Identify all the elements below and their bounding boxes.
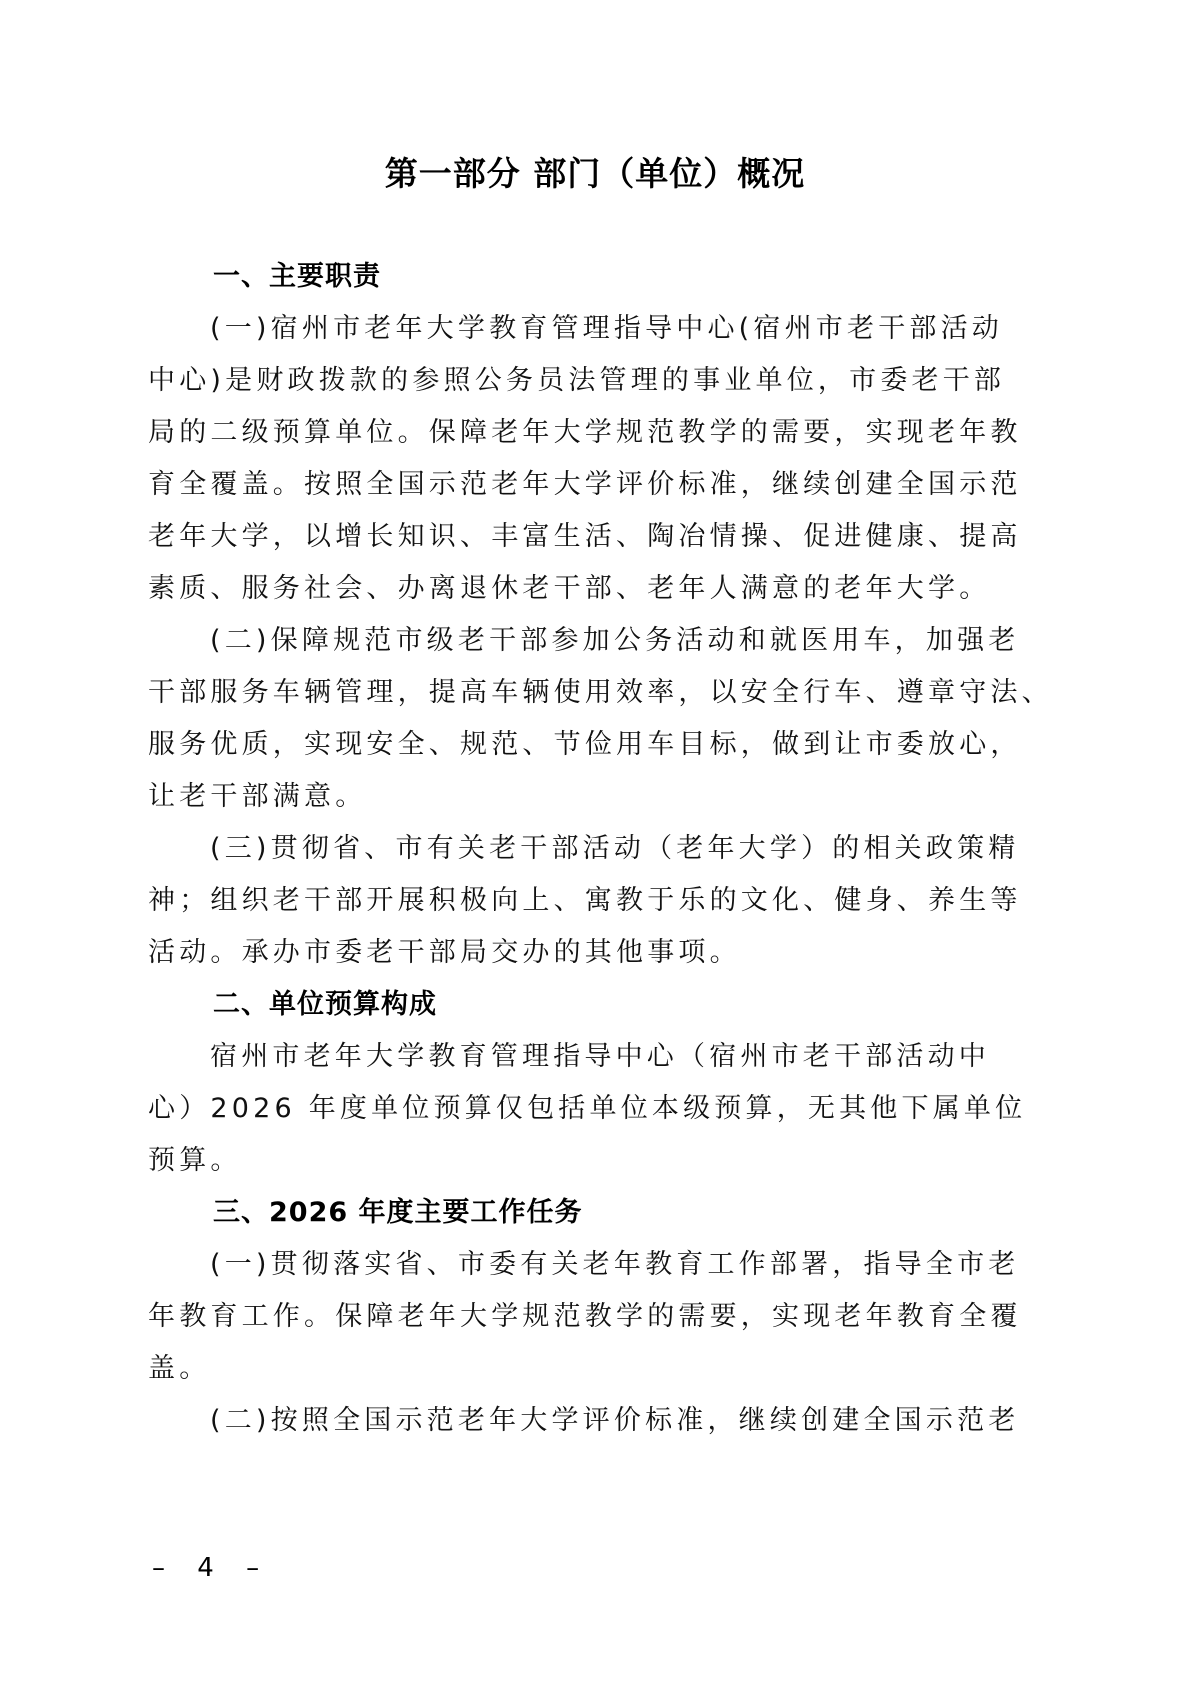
paragraph-line: 局的二级预算单位。保障老年大学规范教学的需要，实现老年教 xyxy=(148,410,1028,449)
paragraph-line: 心）2026 年度单位预算仅包括单位本级预算，无其他下属单位 xyxy=(148,1086,1028,1125)
paragraph-line: 盖。 xyxy=(148,1346,1028,1385)
paragraph-line: 服务优质，实现安全、规范、节俭用车目标，做到让市委放心， xyxy=(148,722,1028,761)
page-number: – 4 – xyxy=(152,1553,271,1583)
paragraph-line: (一)宿州市老年大学教育管理指导中心(宿州市老干部活动 xyxy=(210,306,1030,345)
paragraph-line: 素质、服务社会、办离退休老干部、老年人满意的老年大学。 xyxy=(148,566,1028,605)
paragraph-line: 让老干部满意。 xyxy=(148,774,1028,813)
paragraph-line: (三)贯彻省、市有关老干部活动（老年大学）的相关政策精 xyxy=(210,826,1030,865)
paragraph-line: 活动。承办市委老干部局交办的其他事项。 xyxy=(148,930,1028,969)
paragraph-line: (二)按照全国示范老年大学评价标准，继续创建全国示范老 xyxy=(210,1398,1030,1437)
section-heading-work-tasks: 三、2026 年度主要工作任务 xyxy=(213,1190,583,1229)
paragraph-line: (二)保障规范市级老干部参加公务活动和就医用车，加强老 xyxy=(210,618,1030,657)
paragraph-line: (一)贯彻落实省、市委有关老年教育工作部署，指导全市老 xyxy=(210,1242,1030,1281)
paragraph-line: 预算。 xyxy=(148,1138,1028,1177)
paragraph-line: 宿州市老年大学教育管理指导中心（宿州市老干部活动中 xyxy=(210,1034,1030,1073)
section-heading-budget-composition: 二、单位预算构成 xyxy=(213,982,437,1021)
paragraph-line: 神；组织老干部开展积极向上、寓教于乐的文化、健身、养生等 xyxy=(148,878,1028,917)
section-heading-main-duties: 一、主要职责 xyxy=(213,254,381,293)
paragraph-line: 育全覆盖。按照全国示范老年大学评价标准，继续创建全国示范 xyxy=(148,462,1028,501)
page-title: 第一部分 部门（单位）概况 xyxy=(0,148,1190,195)
paragraph-line: 中心)是财政拨款的参照公务员法管理的事业单位，市委老干部 xyxy=(148,358,1028,397)
paragraph-line: 老年大学，以增长知识、丰富生活、陶冶情操、促进健康、提高 xyxy=(148,514,1028,553)
document-page: 第一部分 部门（单位）概况 一、主要职责 (一)宿州市老年大学教育管理指导中心(… xyxy=(0,0,1190,1683)
paragraph-line: 干部服务车辆管理，提高车辆使用效率，以安全行车、遵章守法、 xyxy=(148,670,1028,709)
paragraph-line: 年教育工作。保障老年大学规范教学的需要，实现老年教育全覆 xyxy=(148,1294,1028,1333)
